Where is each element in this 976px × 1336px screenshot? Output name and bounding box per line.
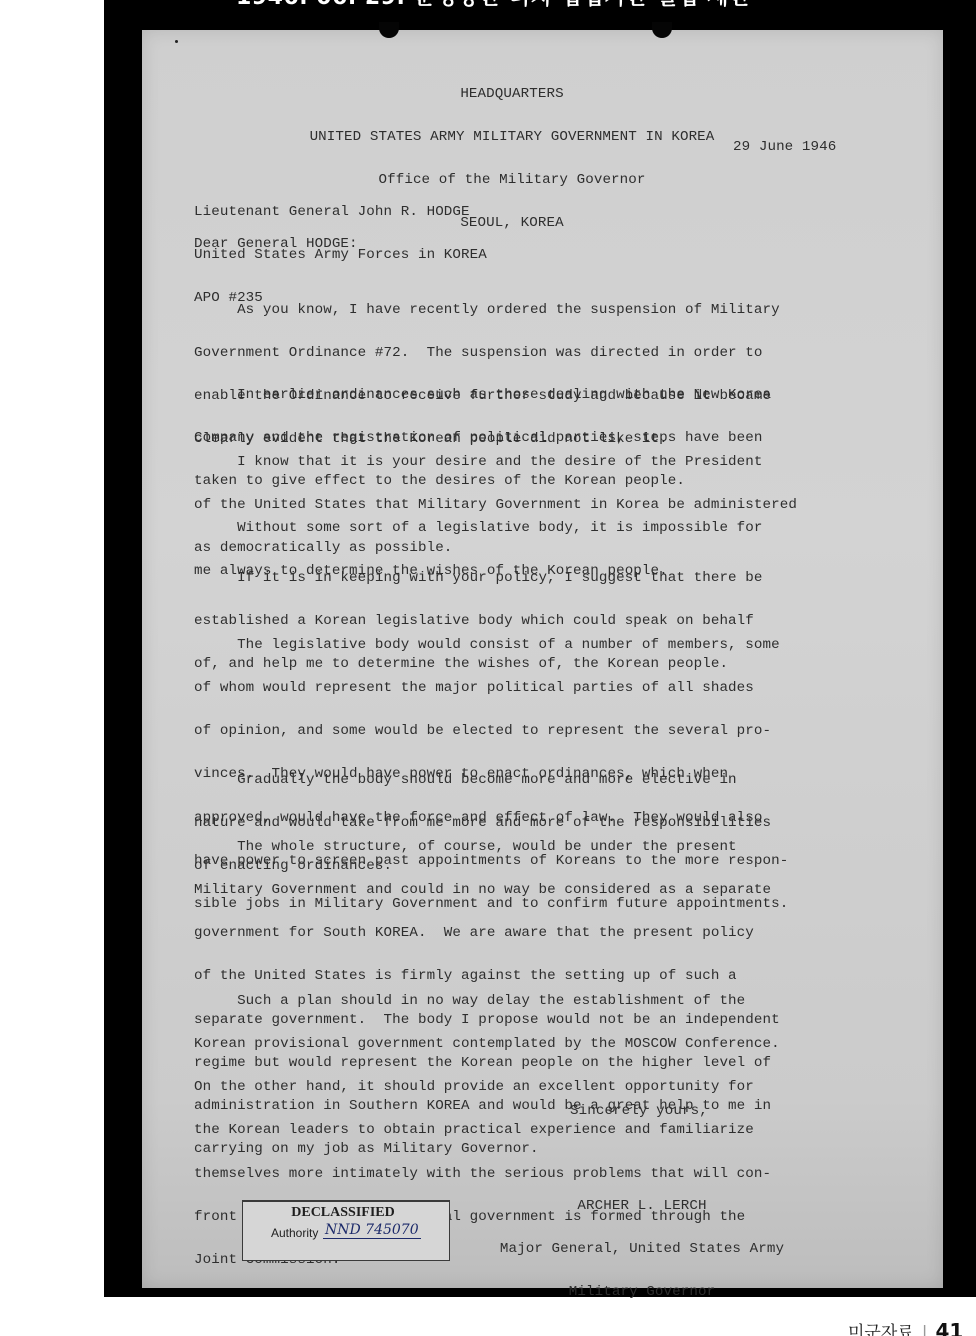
paragraph-line: Gradually the body should become more an… — [194, 773, 914, 787]
paragraph-line: Without some sort of a legislative body,… — [194, 521, 914, 535]
paragraph-line: of opinion, and some would be elected to… — [194, 724, 914, 738]
paper-speck — [175, 40, 178, 43]
signer-name: ARCHER L. LERCH — [482, 1199, 802, 1213]
paragraph-line: the Korean leaders to obtain practical e… — [194, 1123, 914, 1137]
paragraph-line: The legislative body would consist of a … — [194, 638, 914, 652]
punch-hole-right — [652, 22, 672, 38]
paragraph-line: I know that it is your desire and the de… — [194, 455, 914, 469]
paragraph-line: The whole structure, of course, would be… — [194, 840, 914, 854]
paragraph-line: Military Government and could in no way … — [194, 883, 914, 897]
salutation: Dear General HODGE: — [194, 237, 358, 251]
footer-section: 미군자료 — [848, 1323, 914, 1336]
paragraph-line: On the other hand, it should provide an … — [194, 1080, 914, 1094]
paragraph-line: Such a plan should in no way delay the e… — [194, 994, 914, 1008]
signer-title-1: Major General, United States Army — [482, 1242, 802, 1256]
stamp-authority-value: NND 745070 — [323, 1222, 421, 1239]
letter-page: HEADQUARTERS UNITED STATES ARMY MILITARY… — [142, 30, 943, 1288]
scanned-document-panel: 1946. 06. 29. 군정장관 러치 입법기관 설립 제안 HEADQUA… — [104, 0, 976, 1297]
paragraph-line: In earlier ordinances such as those deal… — [194, 388, 914, 402]
footer-page-number: 41 — [935, 1319, 963, 1336]
paragraph-line: Korean provisional government contemplat… — [194, 1037, 914, 1051]
recipient-line-1: Lieutenant General John R. HODGE — [194, 205, 487, 219]
paragraph-line: As you know, I have recently ordered the… — [194, 303, 914, 317]
letterhead-line-1: HEADQUARTERS — [142, 87, 882, 101]
page-footer: 미군자료|41 — [848, 1318, 963, 1336]
signature-block: ARCHER L. LERCH Major General, United St… — [482, 1170, 802, 1328]
declassified-stamp: DECLASSIFIED Authority NND 745070 — [242, 1200, 450, 1261]
signer-title-2: Military Governor — [482, 1285, 802, 1299]
page-heading: 1946. 06. 29. 군정장관 러치 입법기관 설립 제안 — [236, 0, 976, 10]
footer-divider: | — [922, 1323, 928, 1336]
paragraph-line: If it is in keeping with your policy, I … — [194, 571, 914, 585]
stamp-title: DECLASSIFIED — [243, 1205, 443, 1221]
stamp-authority-label: Authority — [271, 1226, 318, 1240]
closing: Sincerely yours, — [570, 1104, 708, 1118]
letter-date: 29 June 1946 — [733, 140, 836, 154]
paragraph-line: of whom would represent the major politi… — [194, 681, 914, 695]
punch-hole-left — [379, 22, 399, 38]
paragraph-line: government for South KOREA. We are aware… — [194, 926, 914, 940]
